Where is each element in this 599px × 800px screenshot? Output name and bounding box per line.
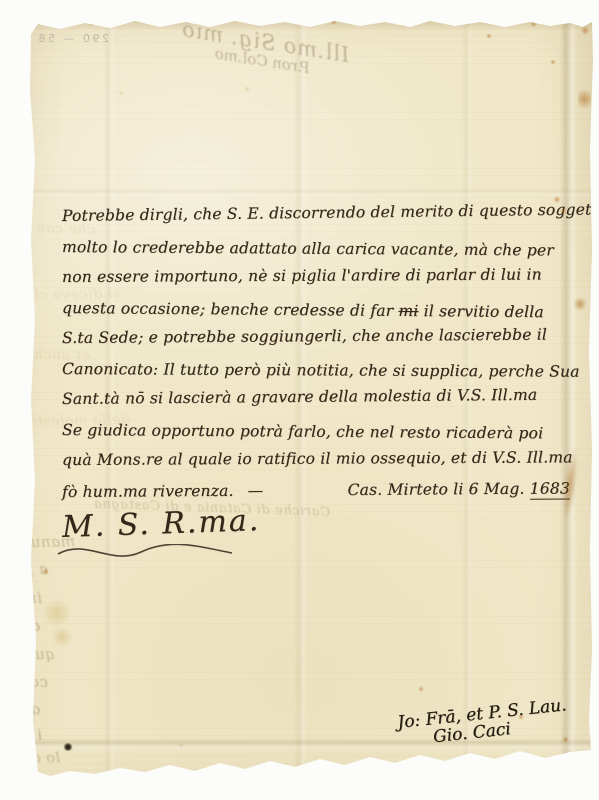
ghost-line: i quali anche si diano le cure il med.o … (0, 721, 42, 744)
foxing-spot (418, 686, 424, 692)
foxing-spot (486, 33, 492, 39)
ghost-line: lo che sia il S. per tutto (0, 750, 60, 769)
signature-paraph: M. S. R.ma. (61, 501, 262, 548)
ghost-line: in Sua città, che viene anzi degl' Canon… (0, 589, 42, 615)
letter-line: Sant.tà nō si lascierà a gravare della m… (62, 380, 570, 415)
letter-line: Potrebbe dirgli, che S. E. discorrendo d… (62, 195, 570, 232)
stain (52, 626, 72, 648)
dateline: Cas. Mirteto li 6 Mag. 1683 (347, 472, 570, 506)
fold-crease-horizontal (0, 738, 599, 752)
foxing-spot (562, 736, 569, 743)
letter-body: Potrebbe dirgli, che S. E. discorrendo d… (62, 201, 570, 566)
foxing-spot (400, 22, 406, 27)
foxing-spot (550, 59, 556, 65)
torn-top-edge-shading (0, 21, 599, 31)
archivist-annotation: Jo: Frā, et P. S. Lau. Gio. Caci (396, 695, 569, 751)
ghost-line: della che si curino questo che però guar… (0, 700, 40, 727)
foxing-spot (578, 86, 591, 112)
dateline-place: Cas. Mirteto (347, 480, 448, 499)
foxing-spot (244, 86, 250, 92)
foxing-spot (256, 22, 262, 27)
ghost-line: a parlare anche di metterla a i S. di Ro… (0, 552, 48, 578)
verso-address-ghost: Ill.mo Sig. mio P.ron Col.mo (146, 12, 381, 88)
letter-line: non essere importuno, nè si piglia l'ard… (62, 259, 570, 292)
foxing-spot (330, 19, 337, 25)
foxing-spot (118, 90, 124, 96)
letter-line: quà Mons.re al quale io ratifico il mio … (62, 442, 570, 475)
foxing-spot (580, 26, 590, 35)
ink-blot (63, 743, 73, 751)
foxing-spot (466, 20, 472, 25)
letter-line: S.ta Sede; e potrebbe soggiungerli, che … (62, 319, 570, 353)
scanned-letter: Ill.mo Sig. mio P.ron Col.mo che con alt… (0, 0, 599, 800)
dateline-daymonth: li 6 Mag. (453, 479, 525, 497)
paper-sheet: Ill.mo Sig. mio P.ron Col.mo che con alt… (0, 0, 599, 800)
stain (44, 596, 70, 630)
ghost-line: calched.o — quel sup.mo che li solo con … (0, 664, 48, 691)
foxing-spot (88, 20, 95, 26)
letter-line-segment: questa occasione; benche credesse di far (62, 299, 399, 320)
foxing-spot (178, 742, 184, 748)
letter-line-segment: il servitio della (418, 302, 543, 321)
foxing-spot (530, 21, 537, 27)
ghost-line: della Zara, e Riccio con il S. mastro de… (0, 604, 40, 635)
pencil-inventory-mark: 290 — 58 (36, 32, 109, 45)
strikethrough-word: mi (398, 301, 418, 319)
foxing-spot (574, 296, 586, 312)
ghost-line: quella adesso venendo scritto nel seg.o … (0, 645, 55, 672)
closing-line: fò hum.ma riverenza. — Cas. Mirteto li 6… (62, 472, 570, 508)
